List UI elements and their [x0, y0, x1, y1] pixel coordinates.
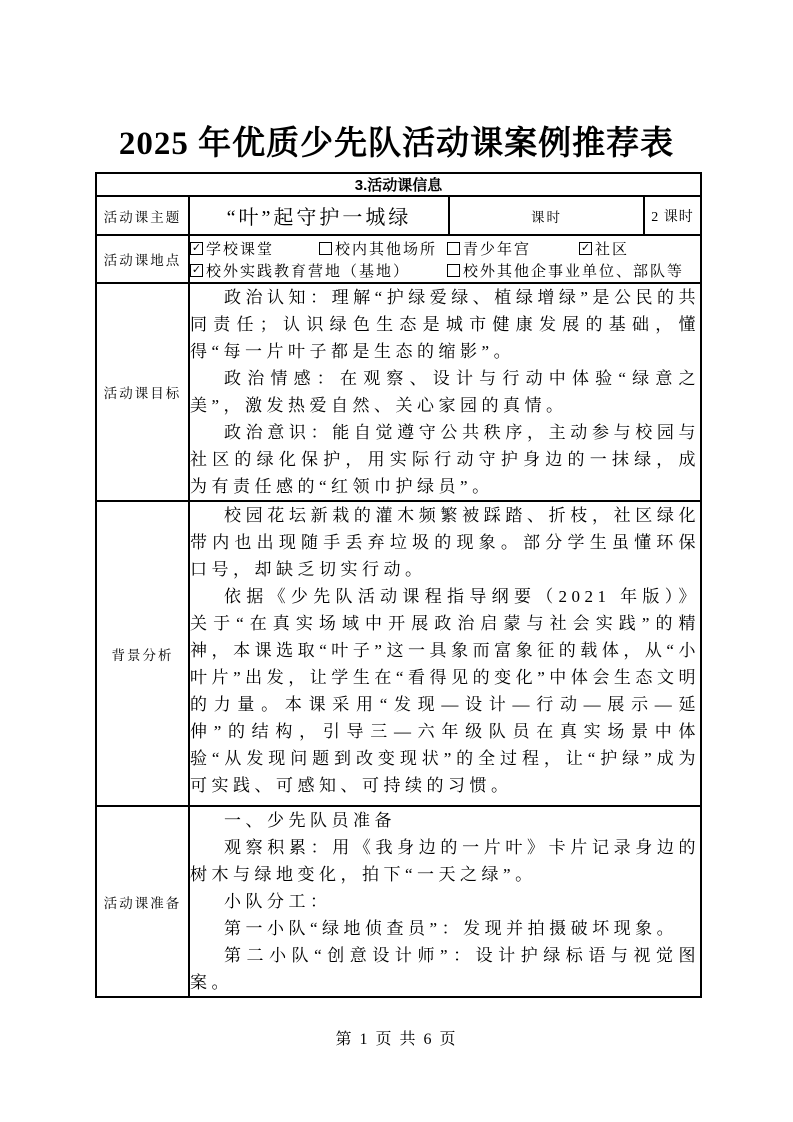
- background-row-label: 背景分析: [96, 501, 189, 806]
- location-option: 校内其他场所: [319, 238, 447, 259]
- paragraph: 第一小队“绿地侦查员”：发现并拍摄破坏现象。: [190, 915, 700, 942]
- paragraph: 依据《少先队活动课程指导纲要（2021 年版）》关于“在真实场域中开展政治启蒙与…: [190, 583, 700, 799]
- paragraph: 观察积累：用《我身边的一片叶》卡片记录身边的树木与绿地变化，拍下“一天之绿”。: [190, 834, 700, 888]
- checkbox-unchecked-icon: [447, 264, 460, 277]
- location-option: 青少年宫: [447, 238, 579, 259]
- preparation-row-label: 活动课准备: [96, 806, 189, 997]
- location-option: ✓校外实践教育营地（基地）: [190, 260, 447, 281]
- theme-value: “叶”起守护一城绿: [189, 196, 449, 235]
- hours-value: 2 课时: [644, 196, 701, 235]
- theme-row-label: 活动课主题: [96, 196, 189, 235]
- paragraph: 第二小队“创意设计师”：设计护绿标语与视觉图案。: [190, 942, 700, 996]
- activity-form-table: 3.活动课信息 活动课主题 “叶”起守护一城绿 课时 2 课时 活动课地点 ✓学…: [95, 172, 702, 998]
- paragraph: 政治认知：理解“护绿爱绿、植绿增绿”是公民的共同责任；认识绿色生态是城市健康发展…: [190, 284, 700, 365]
- checkbox-label: 社区: [595, 238, 629, 259]
- paragraph: 政治意识：能自觉遵守公共秩序，主动参与校园与社区的绿化保护，用实际行动守护身边的…: [190, 419, 700, 500]
- paragraph: 校园花坛新栽的灌木频繁被踩踏、折枝，社区绿化带内也出现随手丢弃垃圾的现象。部分学…: [190, 502, 700, 583]
- checkbox-label: 校内其他场所: [335, 238, 437, 259]
- document-page: 2025 年优质少先队活动课案例推荐表 3.活动课信息 活动课主题 “叶”起守护…: [0, 0, 793, 1122]
- location-option: ✓学校课堂: [190, 238, 319, 259]
- goals-text: 政治认知：理解“护绿爱绿、植绿增绿”是公民的共同责任；认识绿色生态是城市健康发展…: [189, 283, 701, 501]
- location-option-line: ✓学校课堂校内其他场所青少年宫✓社区: [190, 237, 700, 259]
- checkbox-checked-icon: ✓: [190, 242, 203, 255]
- checkbox-label: 校外实践教育营地（基地）: [206, 260, 410, 281]
- checkbox-checked-icon: ✓: [190, 264, 203, 277]
- checkbox-label: 青少年宫: [463, 238, 531, 259]
- location-row-label: 活动课地点: [96, 235, 189, 283]
- location-checkbox-group: ✓学校课堂校内其他场所青少年宫✓社区✓校外实践教育营地（基地）校外其他企事业单位…: [189, 235, 701, 283]
- checkbox-unchecked-icon: [447, 242, 460, 255]
- checkbox-unchecked-icon: [319, 242, 332, 255]
- paragraph: 小队分工：: [190, 888, 700, 915]
- checkbox-checked-icon: ✓: [579, 242, 592, 255]
- goals-row-label: 活动课目标: [96, 283, 189, 501]
- page-number: 第 1 页 共 6 页: [0, 1026, 793, 1049]
- document-title: 2025 年优质少先队活动课案例推荐表: [0, 121, 793, 167]
- preparation-text: 一、少先队员准备观察积累：用《我身边的一片叶》卡片记录身边的树木与绿地变化，拍下…: [189, 806, 701, 997]
- paragraph: 政治情感：在观察、设计与行动中体验“绿意之美”，激发热爱自然、关心家园的真情。: [190, 365, 700, 419]
- checkbox-label: 校外其他企事业单位、部队等: [463, 260, 684, 281]
- paragraph: 一、少先队员准备: [190, 807, 700, 834]
- section-header: 3.活动课信息: [96, 173, 701, 196]
- location-option: 校外其他企事业单位、部队等: [447, 260, 684, 281]
- checkbox-label: 学校课堂: [206, 238, 274, 259]
- background-text: 校园花坛新栽的灌木频繁被踩踏、折枝，社区绿化带内也出现随手丢弃垃圾的现象。部分学…: [189, 501, 701, 806]
- location-option: ✓社区: [579, 238, 629, 259]
- hours-label: 课时: [449, 196, 644, 235]
- location-option-line: ✓校外实践教育营地（基地）校外其他企事业单位、部队等: [190, 259, 700, 281]
